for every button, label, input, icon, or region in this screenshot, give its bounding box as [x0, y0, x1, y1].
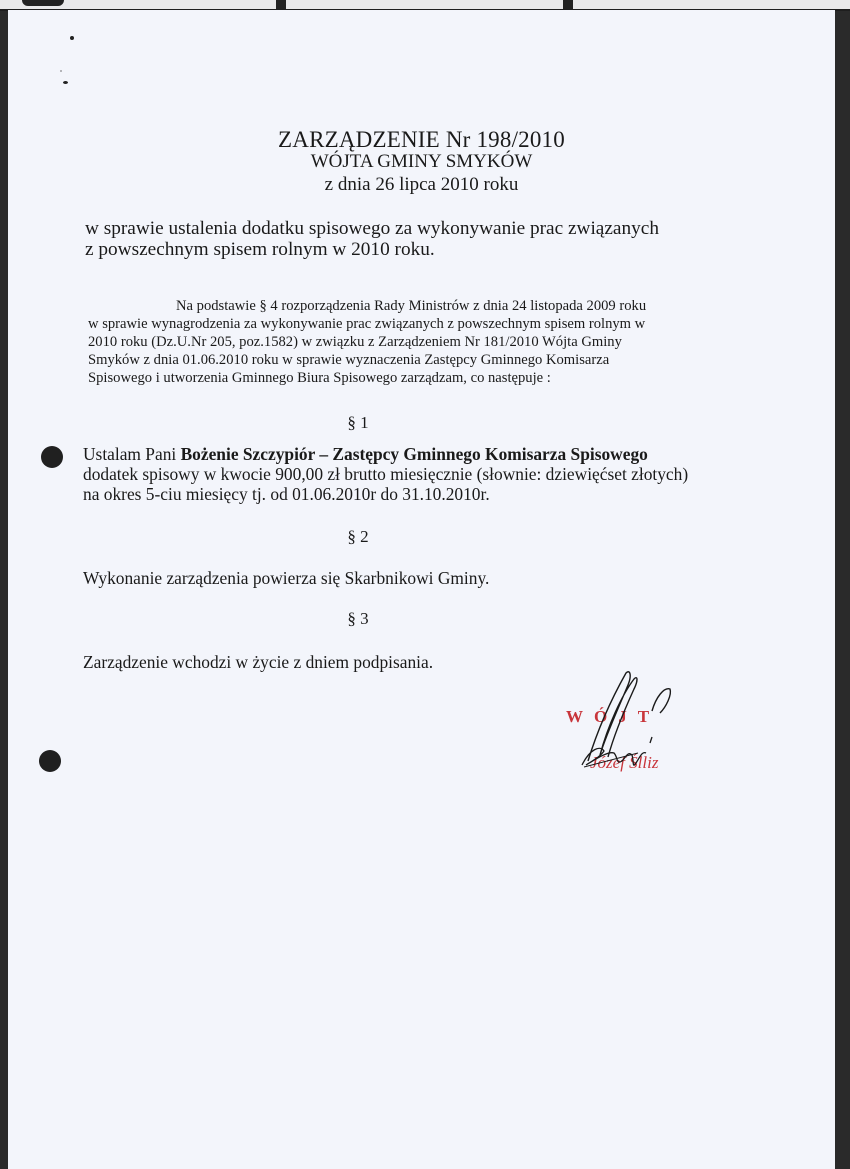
scan-artifact [276, 0, 286, 9]
document-subject: w sprawie ustalenia dodatku spisowego za… [85, 218, 735, 260]
dust-speck [60, 70, 62, 72]
preamble-line: Na podstawie § 4 rozporządzenia Rady Min… [88, 297, 733, 315]
scanned-page: ZARZĄDZENIE Nr 198/2010 WÓJTA GMINY SMYK… [8, 10, 835, 1169]
section-3-heading: § 3 [8, 609, 708, 629]
subject-line: w sprawie ustalenia dodatku spisowego za… [85, 218, 735, 239]
section-1-line: na okres 5-ciu miesięcy tj. od 01.06.201… [83, 484, 763, 504]
handwritten-signature-icon [556, 665, 696, 790]
signature-stamp: WÓJT Józef Ślliz [556, 665, 696, 790]
document-title: ZARZĄDZENIE Nr 198/2010 [8, 127, 835, 153]
section-1-recipient: Bożenie Szczypiór – Zastępcy Gminnego Ko… [181, 444, 648, 464]
section-2-heading: § 2 [8, 527, 708, 547]
scanner-top-edge [0, 0, 850, 10]
document-issuer: WÓJTA GMINY SMYKÓW [8, 151, 835, 173]
section-2-body: Wykonanie zarządzenia powierza się Skarb… [83, 568, 763, 588]
punch-hole-icon [39, 750, 61, 772]
subject-line: z powszechnym spisem rolnym w 2010 roku. [85, 239, 735, 260]
scan-artifact [22, 0, 64, 6]
preamble-line: Smyków z dnia 01.06.2010 roku w sprawie … [88, 351, 733, 369]
section-1-heading: § 1 [8, 413, 708, 433]
punch-hole-icon [41, 446, 63, 468]
preamble-line: Spisowego i utworzenia Gminnego Biura Sp… [88, 369, 733, 387]
section-1-body: Ustalam Pani Bożenie Szczypiór – Zastępc… [83, 444, 763, 504]
preamble-line: 2010 roku (Dz.U.Nr 205, poz.1582) w zwią… [88, 333, 733, 351]
dust-speck [63, 81, 68, 84]
dust-speck [70, 36, 74, 40]
section-1-line: dodatek spisowy w kwocie 900,00 zł brutt… [83, 464, 763, 484]
document-date: z dnia 26 lipca 2010 roku [8, 174, 835, 196]
section-1-intro: Ustalam Pani [83, 444, 181, 464]
preamble-line: w sprawie wynagrodzenia za wykonywanie p… [88, 315, 733, 333]
scan-artifact [563, 0, 573, 9]
preamble: Na podstawie § 4 rozporządzenia Rady Min… [88, 297, 733, 387]
